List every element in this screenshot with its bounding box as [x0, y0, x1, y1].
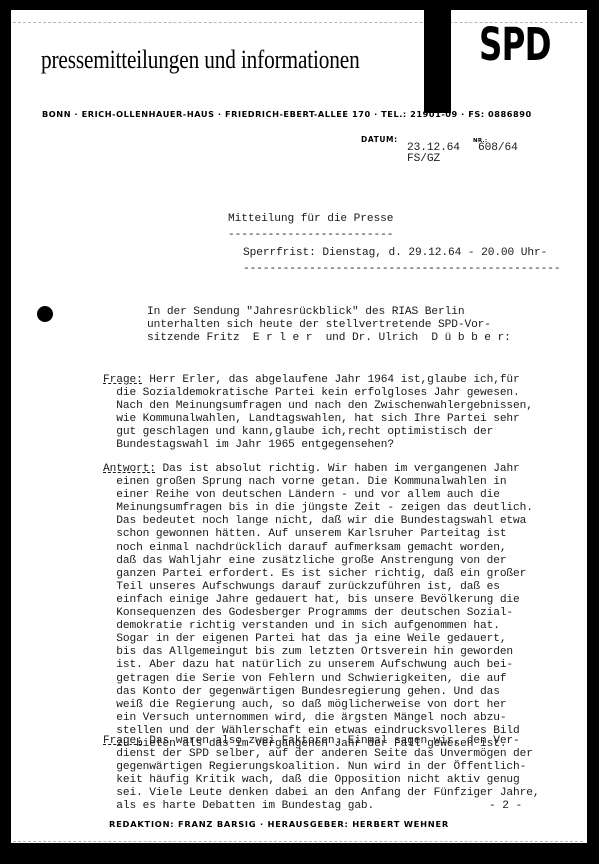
embargo-notice: Sperrfrist: Dienstag, d. 29.12.64 - 20.0…: [243, 247, 547, 260]
bottom-perforation-line: [13, 841, 583, 842]
interview-question-1: Frage: Herr Erler, das abgelaufene Jahr …: [103, 374, 533, 453]
typist-initials: FS/GZ: [407, 153, 440, 166]
editorial-footer: REDAKTION: FRANZ BARSIG · HERAUSGEBER: H…: [109, 819, 449, 829]
question-text: Herr Erler, das abgelaufene Jahr 1964 is…: [103, 374, 533, 451]
press-release-page: pressemitteilungen und informationen SPD…: [11, 10, 587, 843]
embargo-underline: ----------------------------------------…: [243, 263, 560, 276]
letterhead-address: BONN · ERICH-OLLENHAUER-HAUS · FRIEDRICH…: [42, 109, 532, 119]
interview-question-2: Frage: Das waren also zwei Faktoren. Ein…: [103, 735, 540, 814]
interview-answer-1: Antwort: Das ist absolut richtig. Wir ha…: [103, 463, 533, 751]
spd-logo: SPD: [479, 22, 551, 67]
letterhead-black-bar: [424, 10, 451, 113]
speaker-label: Frage:: [103, 374, 143, 386]
speaker-label: Frage:: [103, 735, 143, 747]
question-text: Das waren also zwei Faktoren. Einmal sag…: [103, 735, 540, 812]
press-heading: Mitteilung für die Presse: [228, 213, 393, 226]
answer-text: Das ist absolut richtig. Wir haben im ve…: [103, 463, 533, 750]
heading-underline: -------------------------: [228, 229, 393, 242]
masthead-title: pressemitteilungen und informationen: [41, 45, 360, 75]
datum-label: DATUM:: [361, 135, 398, 144]
intro-paragraph: In der Sendung "Jahresrückblick" des RIA…: [147, 306, 511, 345]
page-continuation-marker: - 2 -: [489, 800, 522, 813]
reference-number: 608/64: [478, 142, 518, 155]
punch-hole: [37, 306, 53, 322]
speaker-label: Antwort:: [103, 463, 156, 475]
